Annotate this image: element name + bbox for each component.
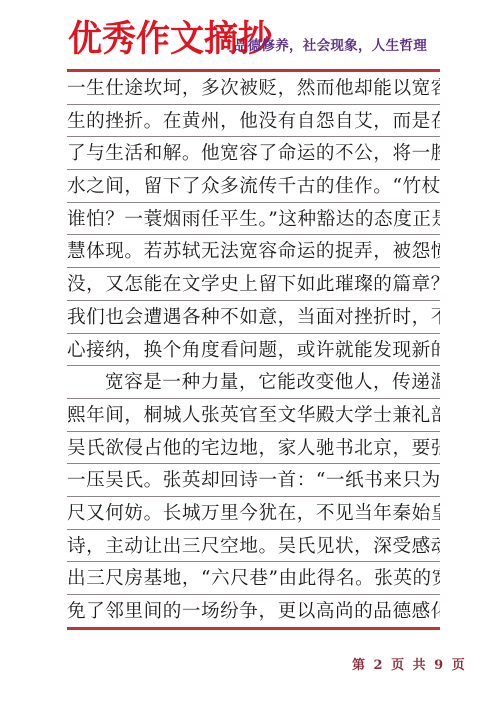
text-line: 水之间，留下了众多流传千古的佳作。“竹杖芒鞋轻胜马，: [67, 170, 440, 203]
text-line: 诗，主动让出三尺空地。吴氏见状，深受感动，也赶忙让: [67, 530, 440, 563]
text-line: 免了邻里间的一场纷争，更以高尚的品德感化了他人，让: [67, 595, 440, 630]
page-header: 优秀作文摘抄 品德修养，社会现象，人生哲理: [66, 8, 441, 70]
page-number: 第 2 页 共 9 页: [352, 654, 467, 673]
text-line: 熙年间，桐城人张英官至文华殿大学士兼礼部尚书。邻居: [67, 399, 440, 432]
page-subtitle: 品德修养，社会现象，人生哲理: [234, 34, 427, 54]
text-line: 没，又怎能在文学史上留下如此璀璨的篇章？在生活中，: [67, 268, 440, 301]
text-line: 吴氏欲侵占他的宅边地，家人驰书北京，要张英凭官威压: [67, 432, 440, 465]
text-line: 心接纳，换个角度看问题，或许就能发现新的机遇和希望。: [67, 334, 440, 367]
text-line: 了与生活和解。他宽容了命运的不公，将一腔豪情寄于山: [67, 137, 440, 170]
text-line: 慧体现。若苏轼无法宽容命运的捉弄，被怨愤和痛苦所淹: [67, 235, 440, 268]
text-line: 谁怕？一蓑烟雨任平生。”这种豁达的态度正是宽容的智: [67, 203, 440, 236]
text-line: 出三尺房基地，“六尺巷”由此得名。张英的宽容不仅避: [67, 562, 440, 595]
paragraph-start-line: 宽容是一种力量，它能改变他人，传递温暖。清朝康: [67, 366, 440, 399]
text-line: 我们也会遭遇各种不如意，当面对挫折时，不妨以宽容之: [67, 301, 440, 334]
text-line: 一生仕途坎坷，多次被贬，然而他却能以宽容之心面对人: [67, 72, 440, 105]
text-line: 尺又何妨。长城万里今犹在，不见当年秦始皇。”家人得: [67, 497, 440, 530]
text-line: 生的挫折。在黄州，他没有自怨自艾，而是在困境中学会: [67, 105, 440, 138]
essay-body: 一生仕途坎坷，多次被贬，然而他却能以宽容之心面对人 生的挫折。在黄州，他没有自怨…: [67, 72, 440, 630]
text-line: 一压吴氏。张英却回诗一首：“一纸书来只为墙，让他三: [67, 464, 440, 497]
